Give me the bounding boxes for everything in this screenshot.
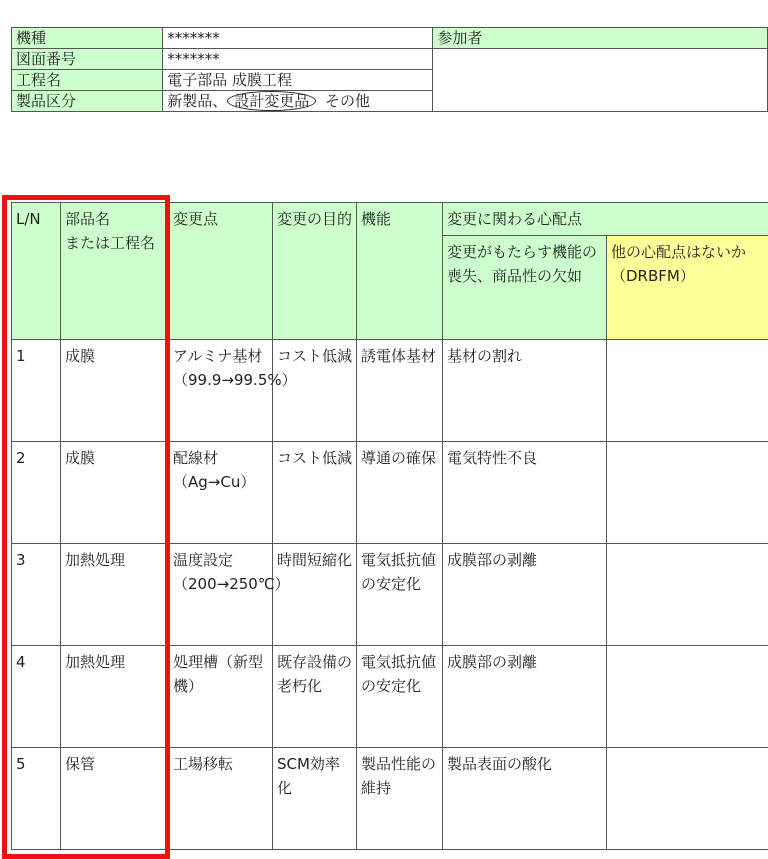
header-function: 機能 — [357, 203, 443, 340]
row-part-name: 加熱処理 — [61, 646, 169, 748]
header-change-purpose: 変更の目的 — [273, 203, 357, 340]
category-other: その他 — [325, 92, 370, 110]
model-value: ******* — [163, 28, 433, 49]
row-ln: 5 — [12, 748, 61, 850]
row-concern-other — [607, 544, 768, 646]
row-concern-loss: 基材の割れ — [443, 340, 607, 442]
row-part-name: 成膜 — [61, 442, 169, 544]
row-part-name: 加熱処理 — [61, 544, 169, 646]
row-function: 電気抵抗値の安定化 — [357, 646, 443, 748]
row-concern-loss: 成膜部の剥離 — [443, 544, 607, 646]
row-ln: 1 — [12, 340, 61, 442]
category-new-product: 新製品、 — [167, 92, 227, 110]
header-ln: L/N — [12, 203, 61, 340]
row-change-point: 処理槽（新型機） — [169, 646, 273, 748]
model-label: 機種 — [12, 28, 163, 49]
row-part-name: 保管 — [61, 748, 169, 850]
row-ln: 3 — [12, 544, 61, 646]
row-change-purpose: コスト低減 — [273, 340, 357, 442]
row-change-purpose: コスト低減 — [273, 442, 357, 544]
row-concern-loss: 電気特性不良 — [443, 442, 607, 544]
row-function: 製品性能の維持 — [357, 748, 443, 850]
participants-value — [433, 49, 768, 112]
process-name-value: 電子部品 成膜工程 — [163, 70, 433, 91]
table-row: 5保管工場移転SCM効率化製品性能の維持製品表面の酸化 — [12, 748, 768, 850]
participants-label: 参加者 — [433, 28, 768, 49]
table-row: 3加熱処理温度設定（200→250℃）時間短縮化電気抵抗値の安定化成膜部の剥離 — [12, 544, 768, 646]
row-ln: 4 — [12, 646, 61, 748]
header-change-point: 変更点 — [169, 203, 273, 340]
table-row: 1成膜アルミナ基材（99.9→99.5%）コスト低減誘電体基材基材の割れ — [12, 340, 768, 442]
row-function: 誘電体基材 — [357, 340, 443, 442]
table-row: 4加熱処理処理槽（新型機）既存設備の老朽化電気抵抗値の安定化成膜部の剥離 — [12, 646, 768, 748]
row-concern-other — [607, 646, 768, 748]
row-concern-loss: 製品表面の酸化 — [443, 748, 607, 850]
drbfm-table: L/N 部品名 または工程名 変更点 変更の目的 機能 変更に関わる心配点 変更… — [11, 202, 768, 850]
row-change-point: 温度設定（200→250℃） — [169, 544, 273, 646]
header-concern-other: 他の心配点はないか（DRBFM） — [607, 236, 768, 340]
row-function: 導通の確保 — [357, 442, 443, 544]
row-concern-loss: 成膜部の剥離 — [443, 646, 607, 748]
table-row: 2成膜配線材（Ag→Cu）コスト低減導通の確保電気特性不良 — [12, 442, 768, 544]
header-table: 機種 ******* 参加者 図面番号 ******* 工程名 電子部品 成膜工… — [11, 27, 768, 112]
product-category-value: 新製品、設計変更品 その他 — [163, 91, 433, 112]
header-concern-loss: 変更がもたらす機能の喪失、商品性の欠如 — [443, 236, 607, 340]
row-concern-other — [607, 748, 768, 850]
row-concern-other — [607, 340, 768, 442]
drawing-number-value: ******* — [163, 49, 433, 70]
category-design-change-selected: 設計変更品 — [227, 91, 316, 111]
row-ln: 2 — [12, 442, 61, 544]
row-change-point: 配線材（Ag→Cu） — [169, 442, 273, 544]
process-name-label: 工程名 — [12, 70, 163, 91]
drawing-number-label: 図面番号 — [12, 49, 163, 70]
row-change-purpose: 時間短縮化 — [273, 544, 357, 646]
row-change-purpose: 既存設備の老朽化 — [273, 646, 357, 748]
row-concern-other — [607, 442, 768, 544]
row-part-name: 成膜 — [61, 340, 169, 442]
row-change-purpose: SCM効率化 — [273, 748, 357, 850]
header-concern-group: 変更に関わる心配点 — [443, 203, 768, 236]
row-function: 電気抵抗値の安定化 — [357, 544, 443, 646]
product-category-label: 製品区分 — [12, 91, 163, 112]
header-part-name: 部品名 または工程名 — [61, 203, 169, 340]
row-change-point: アルミナ基材（99.9→99.5%） — [169, 340, 273, 442]
row-change-point: 工場移転 — [169, 748, 273, 850]
